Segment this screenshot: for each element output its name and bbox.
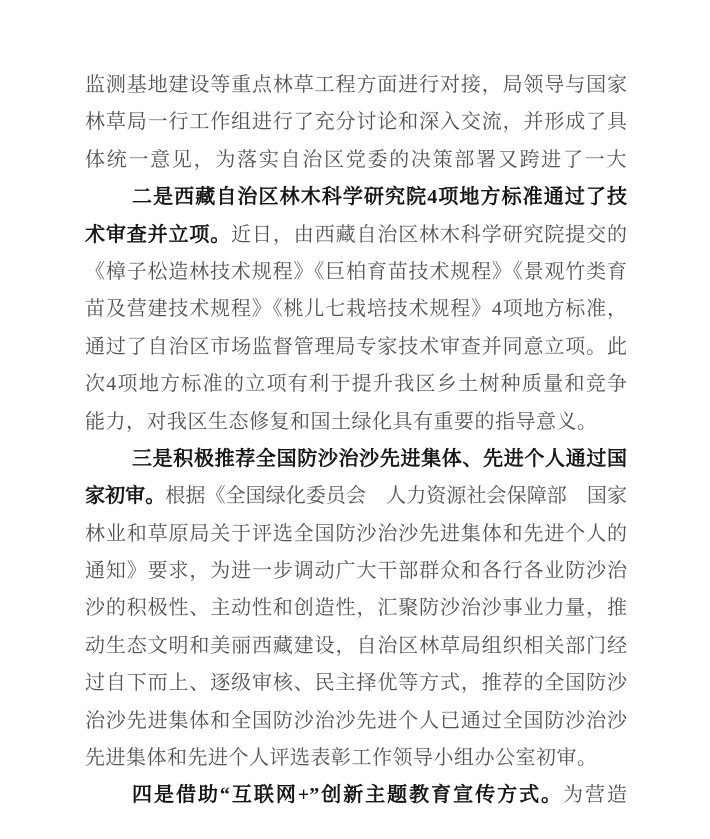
text-segment: 根据《全国绿化委员会 人力资源社会保障部 国家 xyxy=(165,485,627,507)
text-segment: 治沙先进集体和全国防沙治沙先进个人已通过全国防沙治沙 xyxy=(85,710,627,732)
text-line: 次4项地方标准的立项有利于提升我区乡土树种质量和竞争 xyxy=(85,366,627,403)
text-line: 二是西藏自治区林木科学研究院4项地方标准通过了技 xyxy=(85,179,627,216)
text-line: 监测基地建设等重点林草工程方面进行对接，局领导与国家 xyxy=(85,67,627,104)
text-line: 体统一意见，为落实自治区党委的决策部署又跨进了一大步。 xyxy=(85,142,627,179)
text-line: 三是积极推荐全国防沙治沙先进集体、先进个人通过国 xyxy=(85,441,627,478)
text-segment: 林业和草原局关于评选全国防沙治沙先进集体和先进个人的 xyxy=(85,523,627,545)
text-line: 能力，对我区生态修复和国土绿化具有重要的指导意义。 xyxy=(85,404,627,441)
paragraph-three-sand-control-recommendation: 三是积极推荐全国防沙治沙先进集体、先进个人通过国家初审。根据《全国绿化委员会 人… xyxy=(85,441,627,778)
text-segment: 为营造 xyxy=(563,784,627,806)
text-line: 动生态文明和美丽西藏建设，自治区林草局组织相关部门经 xyxy=(85,628,627,665)
text-line: 治沙先进集体和全国防沙治沙先进个人已通过全国防沙治沙 xyxy=(85,703,627,740)
text-segment: 《樟子松造林技术规程》《巨柏育苗技术规程》《景观竹类育 xyxy=(85,261,627,283)
text-segment: 沙的积极性、主动性和创造性，汇聚防沙治沙事业力量，推 xyxy=(85,597,627,619)
bold-text-segment: 二是西藏自治区林木科学研究院4项地方标准通过了技 xyxy=(132,186,627,208)
text-line: 沙的积极性、主动性和创造性，汇聚防沙治沙事业力量，推 xyxy=(85,590,627,627)
text-segment: 林草局一行工作组进行了充分讨论和深入交流，并形成了具 xyxy=(85,111,627,133)
text-segment: 动生态文明和美丽西藏建设，自治区林草局组织相关部门经 xyxy=(85,635,627,657)
text-line: 家初审。根据《全国绿化委员会 人力资源社会保障部 国家 xyxy=(85,478,627,515)
text-column: 监测基地建设等重点林草工程方面进行对接，局领导与国家林草局一行工作组进行了充分讨… xyxy=(85,67,627,815)
text-line: 先进集体和先进个人评选表彰工作领导小组办公室初审。 xyxy=(85,740,627,777)
bold-text-segment: 四是借助“互联网+”创新主题教育宣传方式。 xyxy=(132,784,563,806)
paragraph-two-local-standards: 二是西藏自治区林木科学研究院4项地方标准通过了技术审查并立项。近日，由西藏自治区… xyxy=(85,179,627,441)
text-segment: 能力，对我区生态修复和国土绿化具有重要的指导意义。 xyxy=(85,411,598,433)
bold-text-segment: 三是积极推荐全国防沙治沙先进集体、先进个人通过国 xyxy=(132,448,627,470)
paragraph-liaison-conclusion: 监测基地建设等重点林草工程方面进行对接，局领导与国家林草局一行工作组进行了充分讨… xyxy=(85,67,627,179)
text-segment: 次4项地方标准的立项有利于提升我区乡土树种质量和竞争 xyxy=(85,373,627,395)
bold-text-segment: 家初审。 xyxy=(85,485,165,507)
text-segment: 过自下而上、逐级审核、民主择优等方式，推荐的全国防沙 xyxy=(85,672,627,694)
text-segment: 体统一意见，为落实自治区党委的决策部署又跨进了一大步。 xyxy=(85,149,627,179)
text-line: 通过了自治区市场监督管理局专家技术审查并同意立项。此 xyxy=(85,329,627,366)
text-line: 林草局一行工作组进行了充分讨论和深入交流，并形成了具 xyxy=(85,104,627,141)
text-line: 过自下而上、逐级审核、民主择优等方式，推荐的全国防沙 xyxy=(85,665,627,702)
text-line: 《樟子松造林技术规程》《巨柏育苗技术规程》《景观竹类育 xyxy=(85,254,627,291)
text-line: 林业和草原局关于评选全国防沙治沙先进集体和先进个人的 xyxy=(85,516,627,553)
document-page: 监测基地建设等重点林草工程方面进行对接，局领导与国家林草局一行工作组进行了充分讨… xyxy=(0,0,710,839)
text-line: 术审查并立项。近日，由西藏自治区林木科学研究院提交的 xyxy=(85,217,627,254)
paragraph-four-internet-plus-education: 四是借助“互联网+”创新主题教育宣传方式。为营造 xyxy=(85,777,627,814)
text-segment: 苗及营建技术规程》《桃儿七栽培技术规程》4项地方标准， xyxy=(85,298,627,320)
text-segment: 通知》要求，为进一步调动广大干部群众和各行各业防沙治 xyxy=(85,560,627,582)
text-segment: 近日，由西藏自治区林木科学研究院提交的 xyxy=(231,224,627,246)
text-line: 通知》要求，为进一步调动广大干部群众和各行各业防沙治 xyxy=(85,553,627,590)
text-line: 苗及营建技术规程》《桃儿七栽培技术规程》4项地方标准， xyxy=(85,291,627,328)
bold-text-segment: 术审查并立项。 xyxy=(85,224,231,246)
text-segment: 通过了自治区市场监督管理局专家技术审查并同意立项。此 xyxy=(85,336,627,358)
text-line: 四是借助“互联网+”创新主题教育宣传方式。为营造 xyxy=(85,777,627,814)
text-segment: 监测基地建设等重点林草工程方面进行对接，局领导与国家 xyxy=(85,74,627,96)
text-segment: 先进集体和先进个人评选表彰工作领导小组办公室初审。 xyxy=(85,747,598,769)
